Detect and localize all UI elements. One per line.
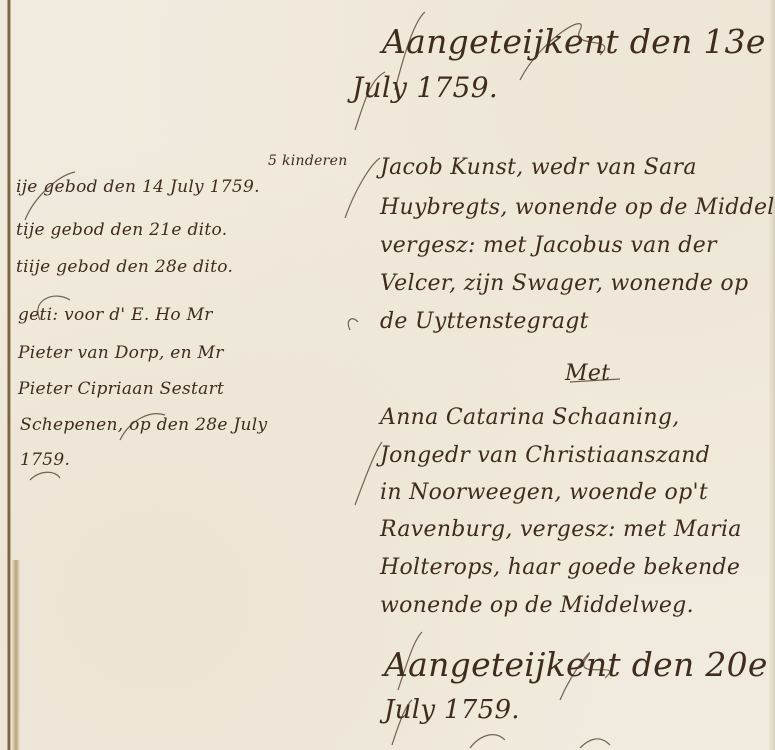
bride-line-1: Anna Catarina Schaaning, <box>380 400 680 436</box>
page-fold-shadow <box>12 560 20 750</box>
margin-aldermen-3: Pieter Cipriaan Sestart <box>18 374 224 404</box>
margin-aldermen-1: geti: voor d' E. Ho Mr <box>18 300 213 330</box>
entry-2-heading-line-2: July 1759. <box>384 690 520 730</box>
bride-line-4: Ravenburg, vergesz: met Maria <box>380 512 742 548</box>
margin-banns-2: tije gebod den 21e dito. <box>16 215 227 245</box>
bride-line-3: in Noorweegen, woende op't <box>380 475 708 511</box>
margin-banns-1: ije gebod den 14 July 1759. <box>16 172 260 202</box>
groom-line-4: Velcer, zijn Swager, wonende op <box>380 266 748 302</box>
entry-1-heading-line-1: Aangeteijkent den 13e <box>382 22 766 62</box>
register-page: Aangeteijkent den 13e July 1759. 5 kinde… <box>0 0 775 750</box>
groom-line-5: de Uyttenstegragt <box>380 304 589 340</box>
margin-aldermen-5: 1759. <box>20 445 70 475</box>
groom-line-1: Jacob Kunst, wedr van Sara <box>380 150 697 186</box>
entry-1-heading-line-2: July 1759. <box>352 68 498 108</box>
conjunction-met: Met <box>565 356 610 392</box>
margin-aldermen-2: Pieter van Dorp, en Mr <box>18 338 224 368</box>
page-edge <box>769 0 775 750</box>
entry-2-heading-line-1: Aangeteijkent den 20e <box>384 645 768 685</box>
bride-line-5: Holterops, haar goede bekende <box>380 550 740 586</box>
margin-rule-line <box>7 0 11 750</box>
bride-line-6: wonende op de Middelweg. <box>380 588 694 624</box>
bride-line-2: Jongedr van Christiaanszand <box>380 438 710 474</box>
margin-banns-3: tiije gebod den 28e dito. <box>16 252 233 282</box>
groom-line-2: Huybregts, wonende op de Middelweg, <box>380 190 775 226</box>
margin-aldermen-4: Schepenen, op den 28e July <box>20 410 267 440</box>
groom-line-3: vergesz: met Jacobus van der <box>380 228 717 264</box>
margin-children-label: 5 kinderen <box>268 153 348 169</box>
